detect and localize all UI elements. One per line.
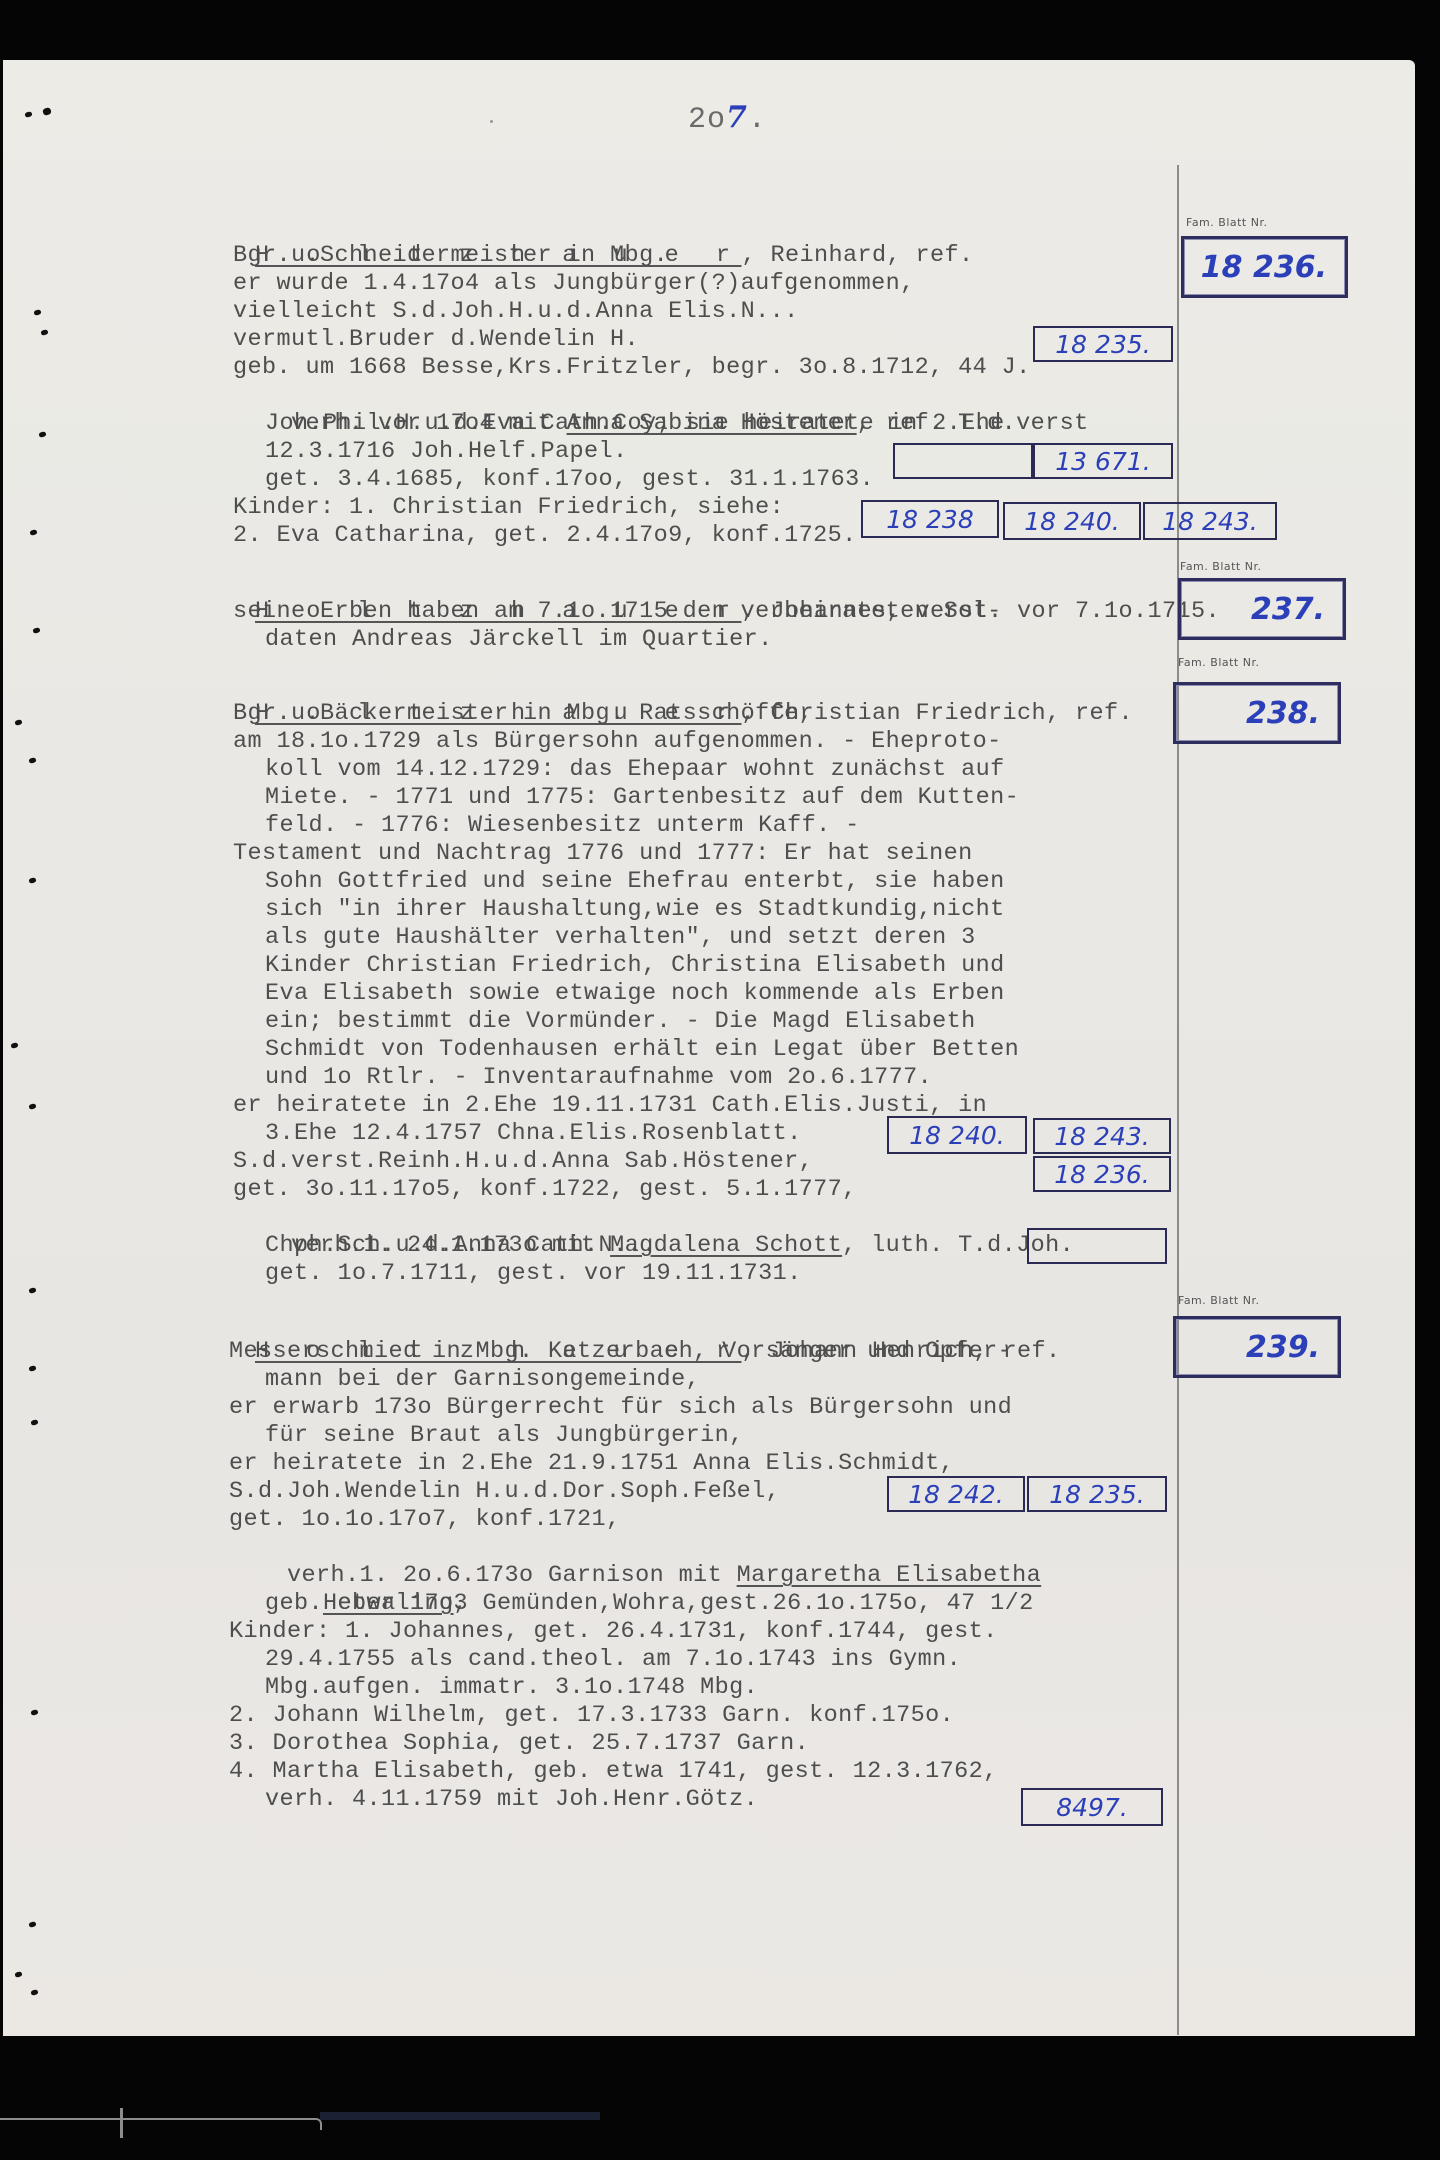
margin-rule xyxy=(1177,165,1179,2035)
fam-blatt-box: 238. xyxy=(1173,682,1341,744)
entry-line: Chph.Sch.u.d.Anna Cath.N... xyxy=(265,1232,657,1260)
entry-line: 29.4.1755 als cand.theol. am 7.1o.1743 i… xyxy=(265,1646,961,1674)
entry-line: vielleicht S.d.Joh.H.u.d.Anna Elis.N... xyxy=(233,298,799,326)
entry-line: geb. um 1668 Besse,Krs.Fritzler, begr. 3… xyxy=(233,354,1031,382)
entry-line: als gute Haushälter verhalten", und setz… xyxy=(265,924,976,952)
punch-mark xyxy=(14,719,22,726)
ref-box: 18 243. xyxy=(1033,1118,1171,1154)
entry-line: get. 3.4.1685, konf.17oo, gest. 31.1.176… xyxy=(265,466,874,494)
punch-mark xyxy=(28,1287,36,1294)
entry-line: feld. - 1776: Wiesenbesitz unterm Kaff. … xyxy=(265,812,860,840)
scanner-edge xyxy=(0,2118,322,2130)
entry-line: Miete. - 1771 und 1775: Gartenbesitz auf… xyxy=(265,784,1019,812)
punch-mark xyxy=(28,1365,36,1372)
ref-box: 8497. xyxy=(1021,1788,1163,1826)
speck xyxy=(490,120,493,123)
entry-line: geb. etwa 17o3 Gemünden,Wohra,gest.26.1o… xyxy=(265,1590,1034,1618)
document-page: 2o7. H o l t z h a u e r, Reinhard, ref.… xyxy=(3,60,1415,2036)
entry-line: Messerschmied in Mbg. Ketzerbach, Vorsän… xyxy=(229,1338,1012,1366)
entry-line: Bgr.u.Schneidermeister in Mbg. xyxy=(233,242,668,270)
entry-line: Mbg.aufgen. immatr. 3.1o.1748 Mbg. xyxy=(265,1674,758,1702)
punch-mark xyxy=(33,309,41,316)
spouse-name: Margaretha Elisabetha xyxy=(737,1562,1042,1589)
entry-line: mann bei der Garnisongemeinde, xyxy=(265,1366,700,1394)
punch-mark xyxy=(28,757,36,764)
entry-line: am 18.1o.1729 als Bürgersohn aufgenommen… xyxy=(233,728,1002,756)
entry-line: S.d.Joh.Wendelin H.u.d.Dor.Soph.Feßel, xyxy=(229,1478,780,1506)
punch-mark xyxy=(28,1103,36,1110)
fam-blatt-box: 239. xyxy=(1173,1316,1341,1378)
ref-box: 18 238 xyxy=(861,500,999,538)
ref-box: 13 671. xyxy=(1033,443,1173,479)
ref-box: 18 236. xyxy=(1033,1156,1171,1192)
ref-box: 18 242. xyxy=(887,1476,1025,1512)
ref-box: 18 235. xyxy=(1033,326,1173,362)
entry-line: Eva Elisabeth sowie etwaige noch kommend… xyxy=(265,980,1005,1008)
punch-mark xyxy=(14,1971,22,1978)
entry-line: er wurde 1.4.17o4 als Jungbürger(?)aufge… xyxy=(233,270,915,298)
ref-box: 18 240. xyxy=(887,1116,1027,1154)
punch-mark xyxy=(38,431,46,438)
entry-line: Kinder: 1. Christian Friedrich, siehe: xyxy=(233,494,784,522)
entry-line: er erwarb 173o Bürgerrecht für sich als … xyxy=(229,1394,1012,1422)
ref-box: 18 243. xyxy=(1143,502,1277,540)
entry-line: 3.Ehe 12.4.1757 Chna.Elis.Rosenblatt. xyxy=(265,1120,802,1148)
entry-line: Testament und Nachtrag 1776 und 1777: Er… xyxy=(233,840,973,868)
entry-line: für seine Braut als Jungbürgerin, xyxy=(265,1422,744,1450)
fam-blatt-label: Fam. Blatt Nr. xyxy=(1186,216,1267,229)
punch-mark xyxy=(42,107,52,116)
entry-line: ein; bestimmt die Vormünder. - Die Magd … xyxy=(265,1008,976,1036)
entry-line: get. 3o.11.17o5, konf.1722, gest. 5.1.17… xyxy=(233,1176,857,1204)
fam-blatt-label: Fam. Blatt Nr. xyxy=(1180,560,1261,573)
punch-mark xyxy=(29,529,37,536)
entry-line: verh. 4.11.1759 mit Joh.Henr.Götz. xyxy=(265,1786,758,1814)
fam-blatt-label: Fam. Blatt Nr. xyxy=(1178,656,1259,669)
fam-blatt-label: Fam. Blatt Nr. xyxy=(1178,1294,1259,1307)
entry-line: Joh.Phil.H.u.d.Eva Cath.Coy; sie heirate… xyxy=(265,410,1005,438)
ref-box: 18 235. xyxy=(1027,1476,1167,1512)
entry-line: er heiratete in 2.Ehe 19.11.1731 Cath.El… xyxy=(233,1092,987,1120)
ref-box-empty xyxy=(1027,1228,1167,1264)
entry-line: Bgr.u.Bäckermeister in Mbg. Ratsschöffe, xyxy=(233,700,813,728)
entry-line: seine Erben haben am 7.1o.1715 den verhe… xyxy=(233,598,1002,626)
entry-line: 12.3.1716 Joh.Helf.Papel. xyxy=(265,438,628,466)
entry-line: get. 1o.7.1711, gest. vor 19.11.1731. xyxy=(265,1260,802,1288)
entry-line: 2. Johann Wilhelm, get. 17.3.1733 Garn. … xyxy=(229,1702,954,1730)
entry-line: vermutl.Bruder d.Wendelin H. xyxy=(233,326,639,354)
entry-line: daten Andreas Järckell im Quartier. xyxy=(265,626,773,654)
entry-line: Schmidt von Todenhausen erhält ein Legat… xyxy=(265,1036,1019,1064)
entry-line: S.d.verst.Reinh.H.u.d.Anna Sab.Höstener, xyxy=(233,1148,813,1176)
entry-line: Sohn Gottfried und seine Ehefrau enterbt… xyxy=(265,868,1005,896)
ref-box: 18 240. xyxy=(1003,502,1141,540)
entry-line: 3. Dorothea Sophia, get. 25.7.1737 Garn. xyxy=(229,1730,809,1758)
entry-line: get. 1o.1o.17o7, konf.1721, xyxy=(229,1506,621,1534)
entry-line: Kinder: 1. Johannes, get. 26.4.1731, kon… xyxy=(229,1618,998,1646)
ref-box-empty xyxy=(893,443,1033,479)
entry-line: sich "in ihrer Haushaltung,wie es Stadtk… xyxy=(265,896,1005,924)
fam-blatt-box: 237. xyxy=(1178,578,1346,640)
scanner-edge-tick xyxy=(120,2108,123,2138)
punch-mark xyxy=(10,1042,18,1049)
entry-line: Kinder Christian Friedrich, Christina El… xyxy=(265,952,1005,980)
punch-mark xyxy=(28,1921,36,1928)
page-number: 2o7. xyxy=(688,100,767,137)
punch-mark xyxy=(32,627,40,634)
punch-mark xyxy=(30,1709,38,1716)
punch-mark xyxy=(24,111,32,118)
punch-mark xyxy=(40,329,48,336)
punch-mark xyxy=(30,1989,38,1996)
fam-blatt-box: 18 236. xyxy=(1181,236,1348,298)
punch-mark xyxy=(30,1419,38,1426)
punch-mark xyxy=(28,877,36,884)
scanner-edge-band xyxy=(320,2112,600,2120)
entry-line: und 1o Rtlr. - Inventaraufnahme vom 2o.6… xyxy=(265,1064,932,1092)
entry-line: 4. Martha Elisabeth, geb. etwa 1741, ges… xyxy=(229,1758,998,1786)
entry-line: 2. Eva Catharina, get. 2.4.17o9, konf.17… xyxy=(233,522,857,550)
entry-line: koll vom 14.12.1729: das Ehepaar wohnt z… xyxy=(265,756,1005,784)
entry-line: er heiratete in 2.Ehe 21.9.1751 Anna Eli… xyxy=(229,1450,954,1478)
